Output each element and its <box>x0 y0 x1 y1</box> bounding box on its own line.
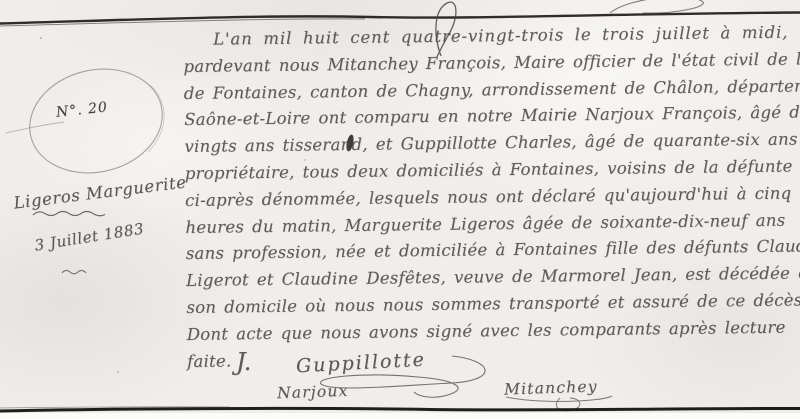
margin-pencil-lead-line <box>6 122 64 133</box>
margin-name-underline <box>33 212 105 216</box>
top-flourish-curve <box>610 0 703 13</box>
margin-deceased-name: Ligeros Marguerite <box>12 172 187 212</box>
margin-death-date: 3 Juillet 1883 <box>33 219 145 254</box>
record-body: L'an mil huit cent quatre-vingt-trois le… <box>183 19 800 375</box>
mitanchey-signature-flourish <box>506 396 612 411</box>
next-page-edge-strip <box>0 413 800 419</box>
margin-act-number: N°. 20 <box>55 99 108 120</box>
signature-narjoux: Narjoux <box>277 382 349 402</box>
scanned-death-record-page: N°. 20 Ligeros Marguerite 3 Juillet 1883… <box>0 0 800 419</box>
bottom-rule-line <box>0 408 800 411</box>
signature-initial: J. <box>236 348 251 376</box>
paper-speck <box>40 37 42 39</box>
margin-date-squiggle <box>62 270 86 273</box>
bottom-rule-echo <box>0 407 230 408</box>
margin-oval-overlap-stroke <box>148 85 164 152</box>
paper-speck <box>117 371 119 373</box>
margin-oval-circle <box>19 56 173 186</box>
signature-mitanchey: Mitanchey <box>504 377 598 398</box>
